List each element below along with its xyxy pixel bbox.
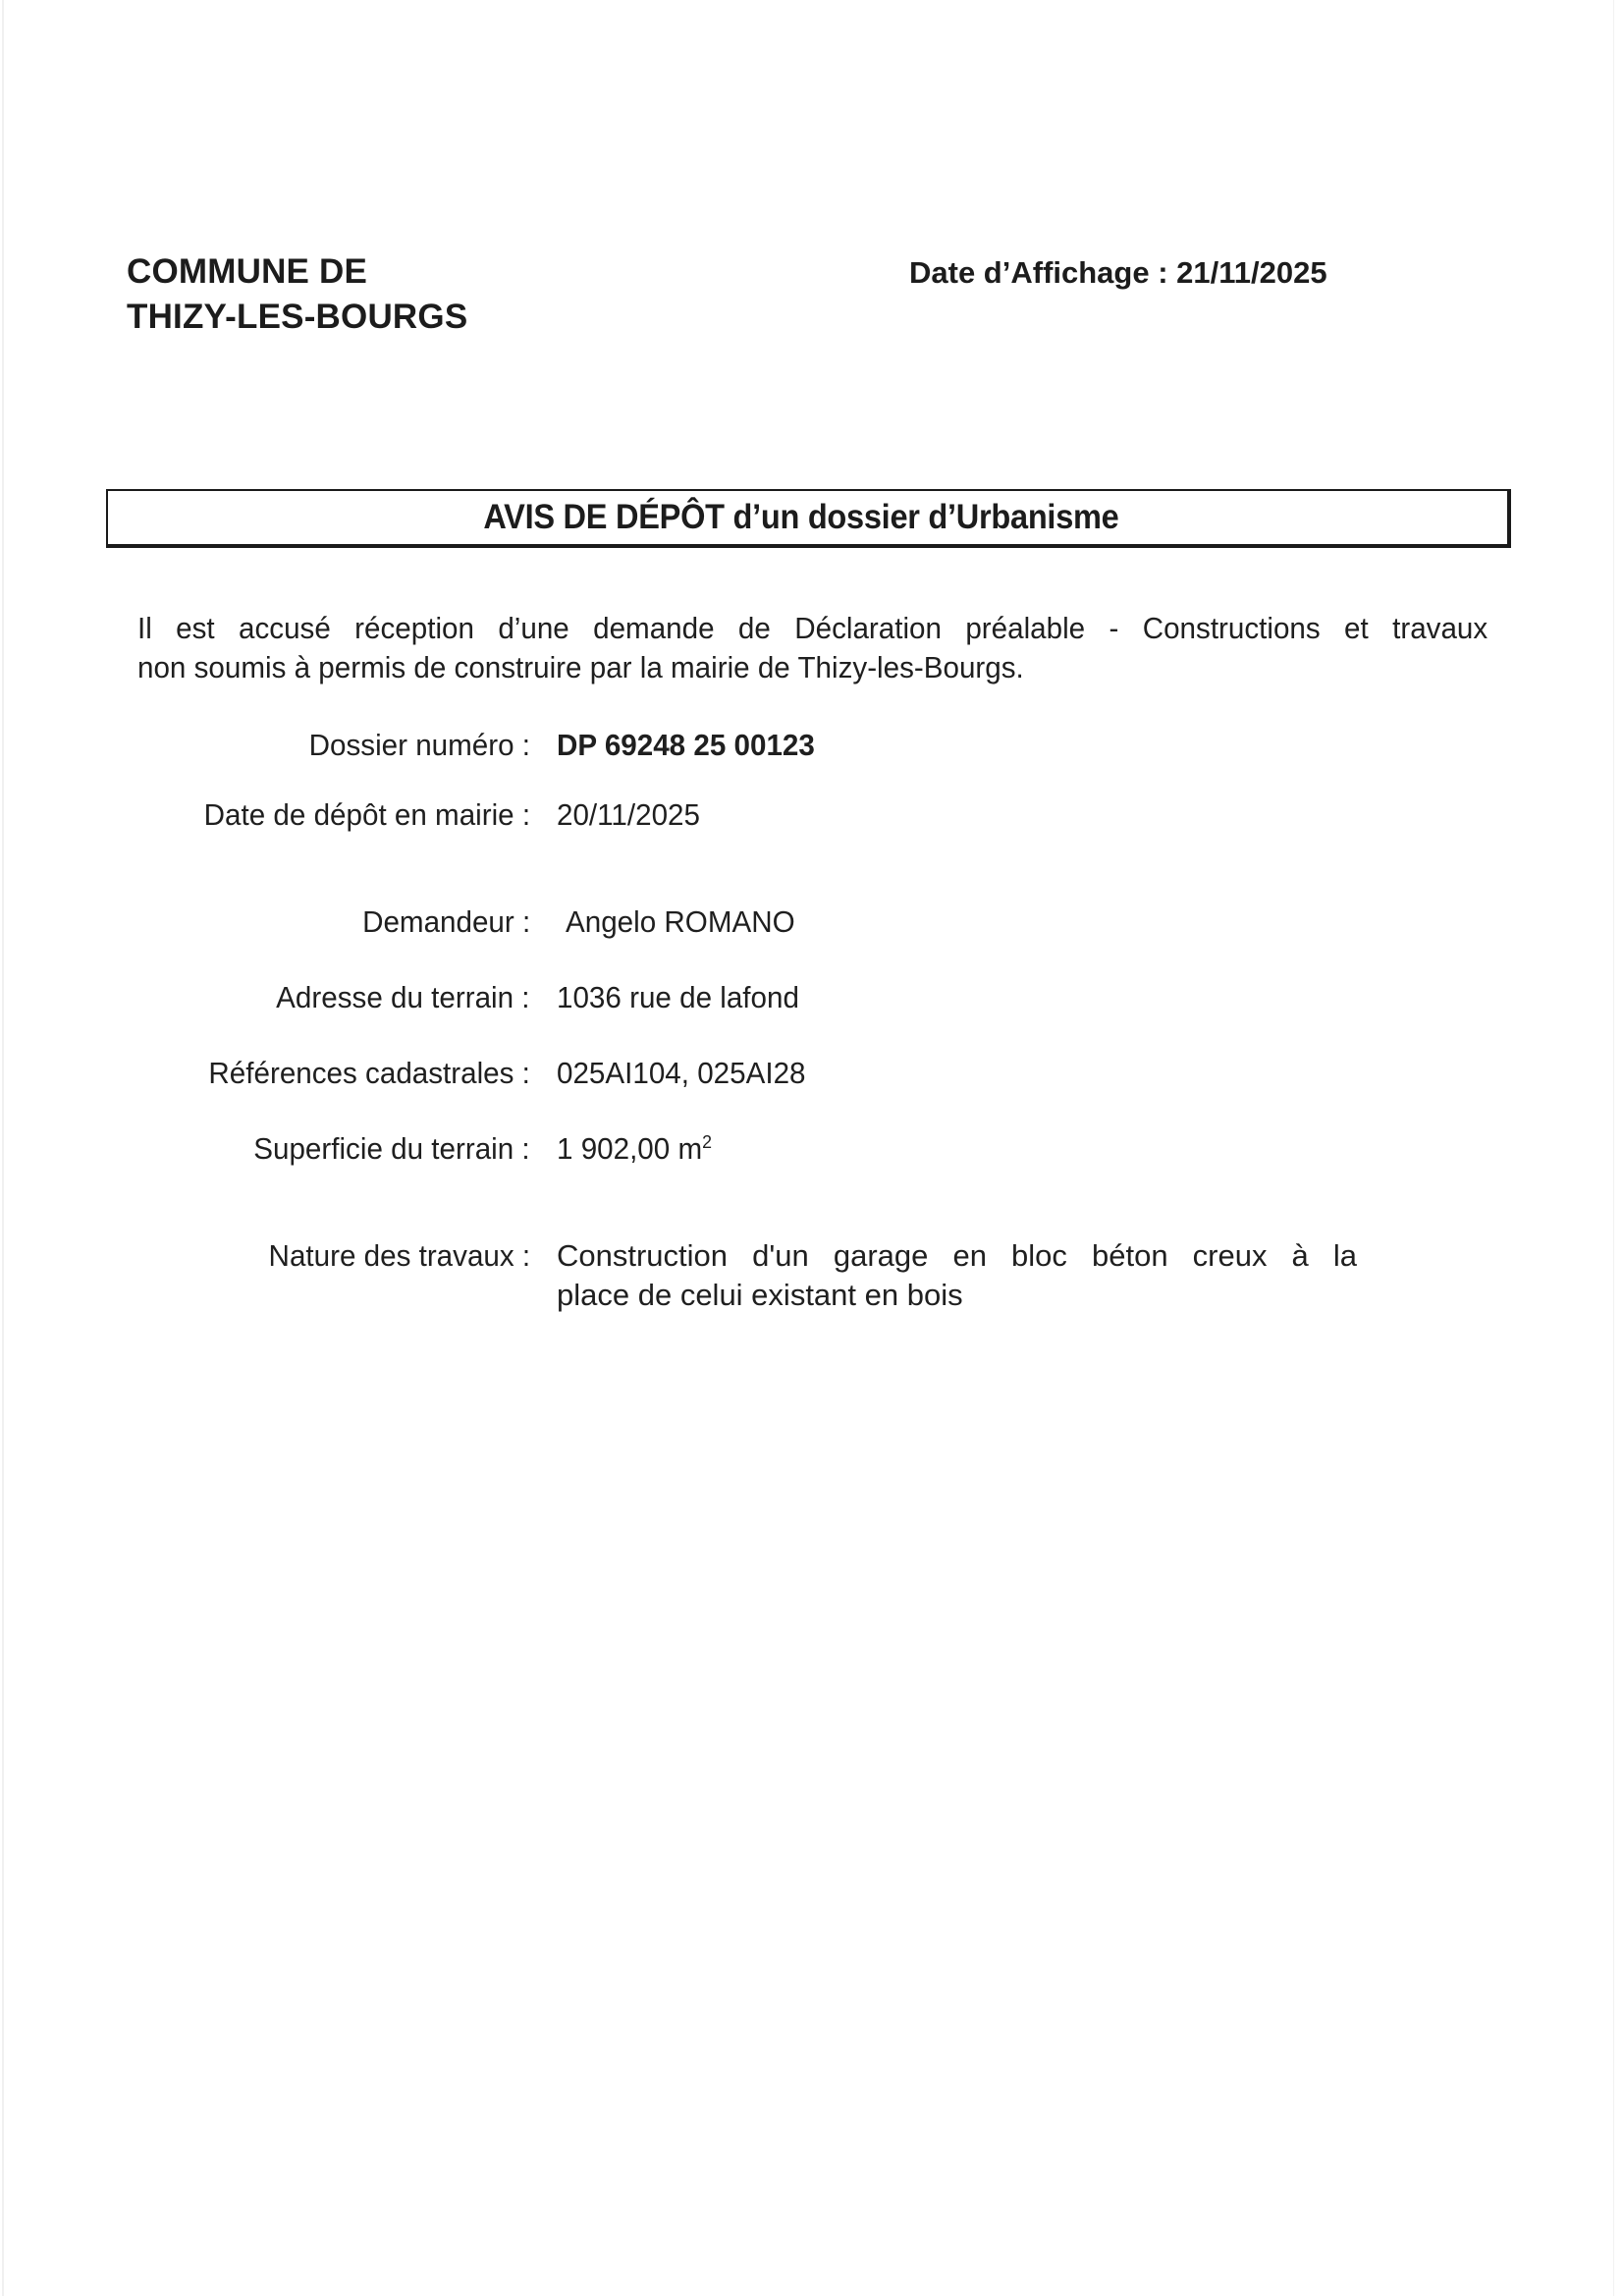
field-superficie-label: Superficie du terrain : [254, 1129, 530, 1169]
date-affichage: Date d’Affichage : 21/11/2025 [909, 253, 1327, 293]
field-demandeur-value: Angelo ROMANO [566, 902, 795, 942]
scan-edge-left [2, 0, 4, 2296]
commune-line-1: COMMUNE DE [127, 249, 467, 295]
date-affichage-value: 21/11/2025 [1176, 255, 1326, 290]
scan-edge-right [1613, 0, 1614, 2296]
field-nature-label: Nature des travaux : [268, 1236, 530, 1276]
field-dossier-label: Dossier numéro : [309, 726, 530, 765]
notice-title-box: AVIS DE DÉPÔT d’un dossier d’Urbanisme [106, 489, 1511, 548]
field-references-label: Références cadastrales : [209, 1054, 530, 1093]
field-superficie-number: 1 902,00 m [557, 1131, 702, 1166]
commune-name: COMMUNE DE THIZY-LES-BOURGS [127, 249, 467, 340]
field-adresse-value: 1036 rue de lafond [557, 978, 799, 1017]
field-date-depot-value: 20/11/2025 [557, 795, 700, 835]
date-affichage-label: Date d’Affichage : [909, 255, 1168, 290]
field-date-depot-label: Date de dépôt en mairie : [204, 795, 530, 835]
field-superficie-exponent: 2 [702, 1131, 712, 1152]
field-superficie-value: 1 902,00 m2 [557, 1129, 712, 1169]
intro-line-2: non soumis à permis de construire par la… [137, 648, 1428, 687]
field-demandeur-label: Demandeur : [362, 902, 530, 942]
field-nature-value-line-1: Construction d'un garage en bloc béton c… [557, 1236, 1357, 1276]
field-dossier-value: DP 69248 25 00123 [557, 726, 815, 765]
field-references-value: 025AI104, 025AI28 [557, 1054, 806, 1093]
field-nature-value: Construction d'un garage en bloc béton c… [557, 1236, 1362, 1315]
intro-line-1: Il est accusé réception d’une demande de… [137, 609, 1488, 648]
commune-line-2: THIZY-LES-BOURGS [127, 295, 467, 340]
intro-paragraph: Il est accusé réception d’une demande de… [137, 609, 1488, 687]
field-nature-value-line-2: place de celui existant en bois [557, 1276, 1362, 1315]
field-adresse-label: Adresse du terrain : [277, 978, 530, 1017]
notice-title: AVIS DE DÉPÔT d’un dossier d’Urbanisme [483, 498, 1118, 537]
